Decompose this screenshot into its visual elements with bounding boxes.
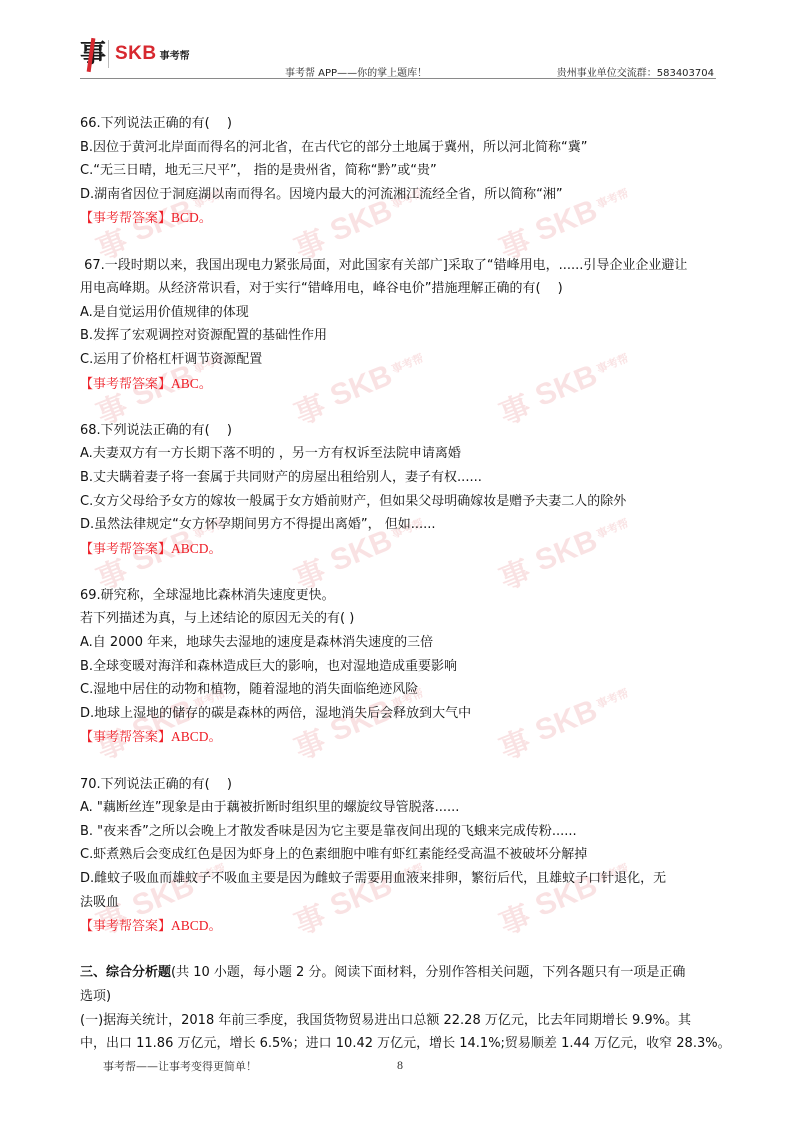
material-line-2: 中，出口 11.86 万亿元，增长 6.5%；进口 10.42 万亿元，增长 1… — [80, 1032, 720, 1056]
spacer — [80, 230, 720, 254]
logo-divider — [108, 40, 109, 68]
logo-cn: 事考帮 — [160, 47, 190, 62]
material-line-1: (一)据海关统计，2018 年前三季度，我国货物贸易进出口总额 22.28 万亿… — [80, 1009, 720, 1033]
answer-value: ABCD。 — [171, 541, 222, 556]
option: A.是自觉运用价值规律的体现 — [80, 301, 720, 325]
answer-value: BCD。 — [171, 210, 212, 225]
option: B.发挥了宏观调控对资源配置的基础性作用 — [80, 324, 720, 348]
option: B.因位于黄河北岸面而得名的河北省，在古代它的部分土地属于冀州，所以河北简称“冀… — [80, 136, 720, 160]
question-subtitle: 若下列描述为真，与上述结论的原因无关的有( ) — [80, 607, 720, 631]
question-title-line-2: 用电高峰期。从经济常识看，对于实行“错峰用电，峰谷电价”措施理解正确的有( ) — [80, 277, 720, 301]
answer-label: 【事考帮答案】 — [80, 211, 171, 226]
option: C.虾煮熟后会变成红色是因为虾身上的色素细胞中唯有虾红素能经受高温不被破坏分解掉 — [80, 843, 720, 867]
answer-label: 【事考帮答案】 — [80, 377, 171, 392]
question-title-line-1: 67.一段时期以来，我国出现电力紧张局面，对此国家有关部广]采取了“错峰用电，.… — [80, 254, 720, 278]
question-title: 70.下列说法正确的有( ) — [80, 773, 720, 797]
header-slogan: 事考帮 APP——你的掌上题库！ — [285, 64, 427, 79]
question-title: 66.下列说法正确的有( ) — [80, 112, 720, 136]
question-66: 66.下列说法正确的有( ) B.因位于黄河北岸面而得名的河北省，在古代它的部分… — [80, 112, 720, 230]
answer-value: ABCD。 — [171, 918, 222, 933]
option: C.运用了价格杠杆调节资源配置 — [80, 348, 720, 372]
spacer — [80, 749, 720, 773]
logo-skb: SKB — [115, 44, 157, 64]
option: A. "藕断丝连”现象是由于藕被折断时组织里的螺旋纹导管脱落...... — [80, 796, 720, 820]
option: D.地球上湿地的储存的碳是森林的两倍，湿地消失后会释放到大气中 — [80, 702, 720, 726]
option: D.雌蚊子吸血而雄蚊子不吸血主要是因为雌蚊子需要用血液来排卵，繁衍后代，且雄蚊子… — [80, 867, 720, 891]
question-70: 70.下列说法正确的有( ) A. "藕断丝连”现象是由于藕被折断时组织里的螺旋… — [80, 773, 720, 938]
section-heading-continuation: 选项) — [80, 985, 720, 1009]
answer-line: 【事考帮答案】ABC。 — [80, 372, 720, 396]
option: B.丈夫瞒着妻子将一套属于共同财产的房屋出租给别人，妻子有权...... — [80, 466, 720, 490]
answer-value: ABCD。 — [171, 729, 222, 744]
answer-label: 【事考帮答案】 — [80, 919, 171, 934]
document-body: 66.下列说法正确的有( ) B.因位于黄河北岸面而得名的河北省，在古代它的部分… — [80, 112, 720, 1056]
question-67: 67.一段时期以来，我国出现电力紧张局面，对此国家有关部广]采取了“错峰用电，.… — [80, 254, 720, 396]
logo-text: SKB 事考帮 — [115, 44, 190, 64]
header-group-info: 贵州事业单位交流群：583403704 — [557, 64, 714, 79]
logo-mark-icon: 事 — [80, 39, 102, 69]
option: C.女方父母给予女方的嫁妆一般属于女方婚前财产，但如果父母明确嫁妆是赠予夫妻二人… — [80, 490, 720, 514]
option: B.全球变暖对海洋和森林造成巨大的影响，也对湿地造成重要影响 — [80, 655, 720, 679]
answer-label: 【事考帮答案】 — [80, 730, 171, 745]
footer-slogan: 事考帮——让事考变得更简单！ — [103, 1058, 257, 1074]
brand-logo: 事 SKB 事考帮 — [80, 36, 190, 72]
spacer — [80, 560, 720, 584]
answer-line: 【事考帮答案】ABCD。 — [80, 537, 720, 561]
spacer — [80, 395, 720, 419]
question-title: 68.下列说法正确的有( ) — [80, 419, 720, 443]
option: A.夫妻双方有一方长期下落不明的 ，另一方有权诉至法院申请离婚 — [80, 442, 720, 466]
option: D.虽然法律规定“女方怀孕期间男方不得提出离婚”， 但如...... — [80, 513, 720, 537]
option-continuation: 法吸血 — [80, 891, 720, 915]
section-heading-bold: 三、综合分析题 — [80, 965, 171, 980]
section-3: 三、综合分析题(共 10 小题，每小题 2 分。阅读下面材料，分别作答相关问题，… — [80, 961, 720, 1055]
option: D.湖南省因位于洞庭湖以南而得名。因境内最大的河流湘江流经全省，所以简称“湘” — [80, 183, 720, 207]
option: C.湿地中居住的动物和植物，随着湿地的消失面临绝迹风险 — [80, 678, 720, 702]
section-heading-rest: (共 10 小题，每小题 2 分。阅读下面材料，分别作答相关问题，下列各题只有一… — [171, 965, 685, 980]
option: B. "夜来香”之所以会晚上才散发香味是因为它主要是靠夜间出现的飞蛾来完成传粉.… — [80, 820, 720, 844]
page-header: 事 SKB 事考帮 事考帮 APP——你的掌上题库！ 贵州事业单位交流群：583… — [80, 36, 716, 79]
answer-line: 【事考帮答案】BCD。 — [80, 206, 720, 230]
option: A.自 2000 年来，地球失去湿地的速度是森林消失速度的三倍 — [80, 631, 720, 655]
answer-line: 【事考帮答案】ABCD。 — [80, 725, 720, 749]
answer-value: ABC。 — [171, 376, 212, 391]
answer-line: 【事考帮答案】ABCD。 — [80, 914, 720, 938]
spacer — [80, 938, 720, 962]
section-heading: 三、综合分析题(共 10 小题，每小题 2 分。阅读下面材料，分别作答相关问题，… — [80, 961, 720, 985]
page-number: 8 — [397, 1058, 403, 1073]
question-68: 68.下列说法正确的有( ) A.夫妻双方有一方长期下落不明的 ，另一方有权诉至… — [80, 419, 720, 561]
answer-label: 【事考帮答案】 — [80, 542, 171, 557]
question-69: 69.研究称，全球湿地比森林消失速度更快。 若下列描述为真，与上述结论的原因无关… — [80, 584, 720, 749]
question-title: 69.研究称，全球湿地比森林消失速度更快。 — [80, 584, 720, 608]
option: C.“无三日晴，地无三尺平”， 指的是贵州省，简称“黔”或“贵” — [80, 159, 720, 183]
